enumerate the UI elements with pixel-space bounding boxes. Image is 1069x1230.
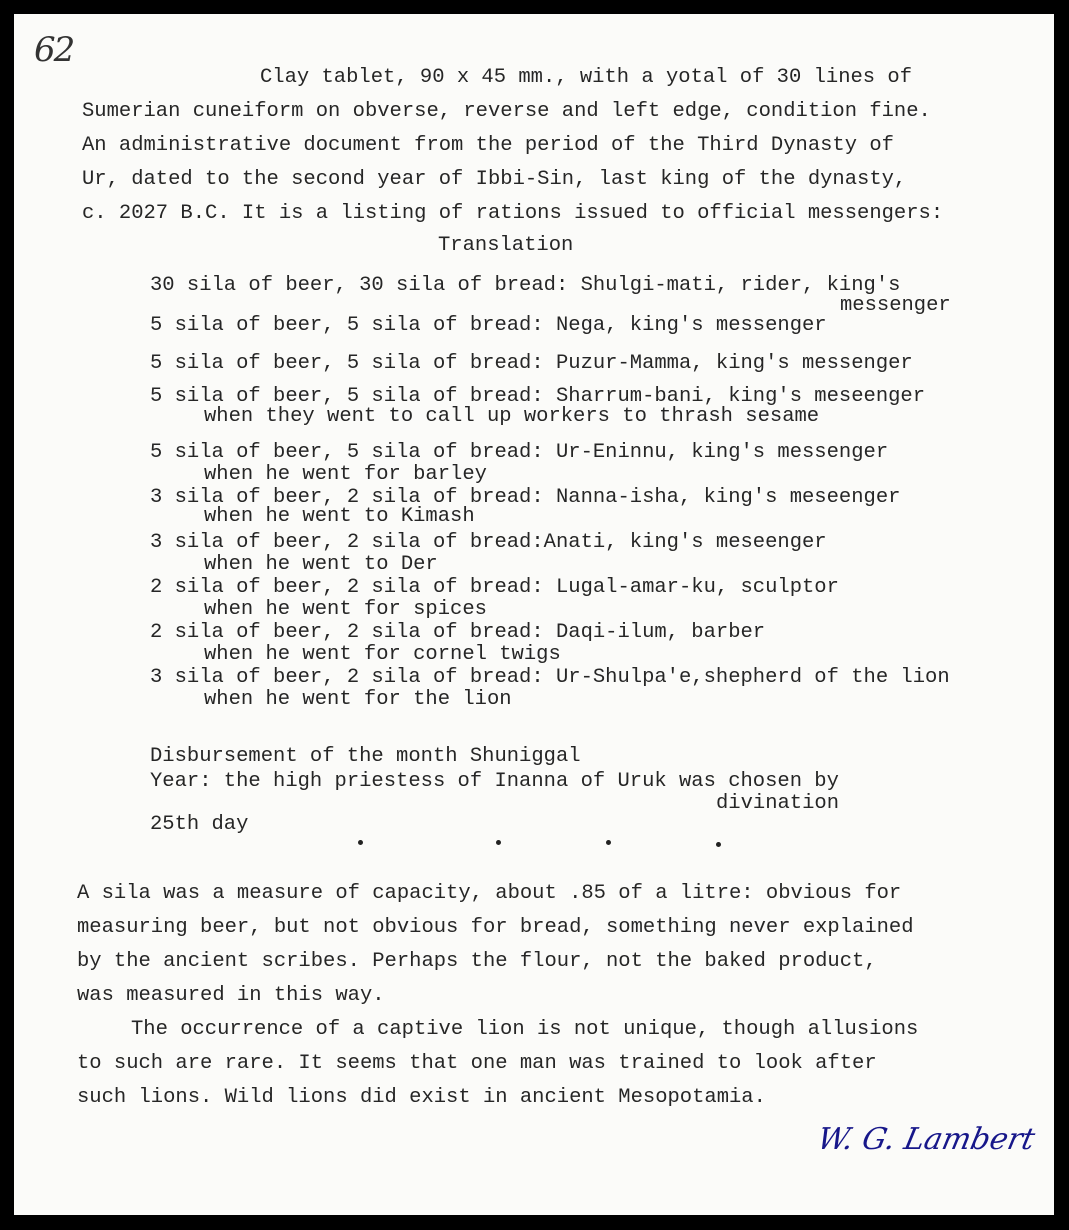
commentary-line: A sila was a measure of capacity, about … — [77, 884, 901, 905]
intro-line: Clay tablet, 90 x 45 mm., with a yotal o… — [260, 68, 912, 89]
disbursement-line: Disbursement of the month Shuniggal — [150, 747, 581, 768]
ration-entry-purpose: when he went to Kimash — [204, 507, 475, 528]
ration-entry-purpose: when they went to call up workers to thr… — [204, 407, 819, 428]
year-line-continuation: divination — [716, 794, 839, 815]
ration-entry: 5 sila of beer, 5 sila of bread: Ur-Enin… — [150, 443, 888, 464]
commentary-line: such lions. Wild lions did exist in anci… — [77, 1088, 766, 1109]
year-line: Year: the high priestess of Inanna of Ur… — [150, 772, 839, 793]
ration-entry-purpose: when he went for cornel twigs — [204, 645, 561, 666]
intro-line: Ur, dated to the second year of Ibbi-Sin… — [82, 170, 906, 191]
separator-dot — [496, 840, 501, 845]
commentary-line: was measured in this way. — [77, 986, 385, 1007]
commentary-line: by the ancient scribes. Perhaps the flou… — [77, 952, 877, 973]
day-line: 25th day — [150, 815, 248, 836]
intro-line: An administrative document from the peri… — [82, 136, 894, 157]
ration-entry: 2 sila of beer, 2 sila of bread: Lugal-a… — [150, 578, 839, 599]
ration-entry: 5 sila of beer, 5 sila of bread: Nega, k… — [150, 316, 827, 337]
ration-entry: 3 sila of beer, 2 sila of bread:Anati, k… — [150, 533, 827, 554]
separator-dot — [358, 840, 363, 845]
ration-entry: 3 sila of beer, 2 sila of bread: Ur-Shul… — [150, 668, 950, 689]
commentary-line: The occurrence of a captive lion is not … — [131, 1020, 918, 1041]
ration-entry: 5 sila of beer, 5 sila of bread: Puzur-M… — [150, 354, 913, 375]
translation-heading: Translation — [438, 236, 573, 257]
separator-dot — [606, 840, 611, 845]
commentary-line: measuring beer, but not obvious for brea… — [77, 918, 914, 939]
page-number: 62 — [34, 30, 73, 70]
commentary-line: to such are rare. It seems that one man … — [77, 1054, 877, 1075]
ration-entry-purpose: when he went for barley — [204, 465, 487, 486]
intro-line: Sumerian cuneiform on obverse, reverse a… — [82, 102, 931, 123]
ration-entry-purpose: when he went for the lion — [204, 690, 512, 711]
ration-entry: 30 sila of beer, 30 sila of bread: Shulg… — [150, 276, 900, 297]
ration-entry: 2 sila of beer, 2 sila of bread: Daqi-il… — [150, 623, 765, 644]
separator-dot — [716, 842, 721, 847]
intro-line: c. 2027 B.C. It is a listing of rations … — [82, 204, 943, 225]
ration-entry-purpose: when he went for spices — [204, 600, 487, 621]
signature: W. G. Lambert — [814, 1122, 1038, 1157]
ration-entry-purpose: when he went to Der — [204, 555, 438, 576]
ration-entry-continuation: messenger — [840, 296, 951, 317]
